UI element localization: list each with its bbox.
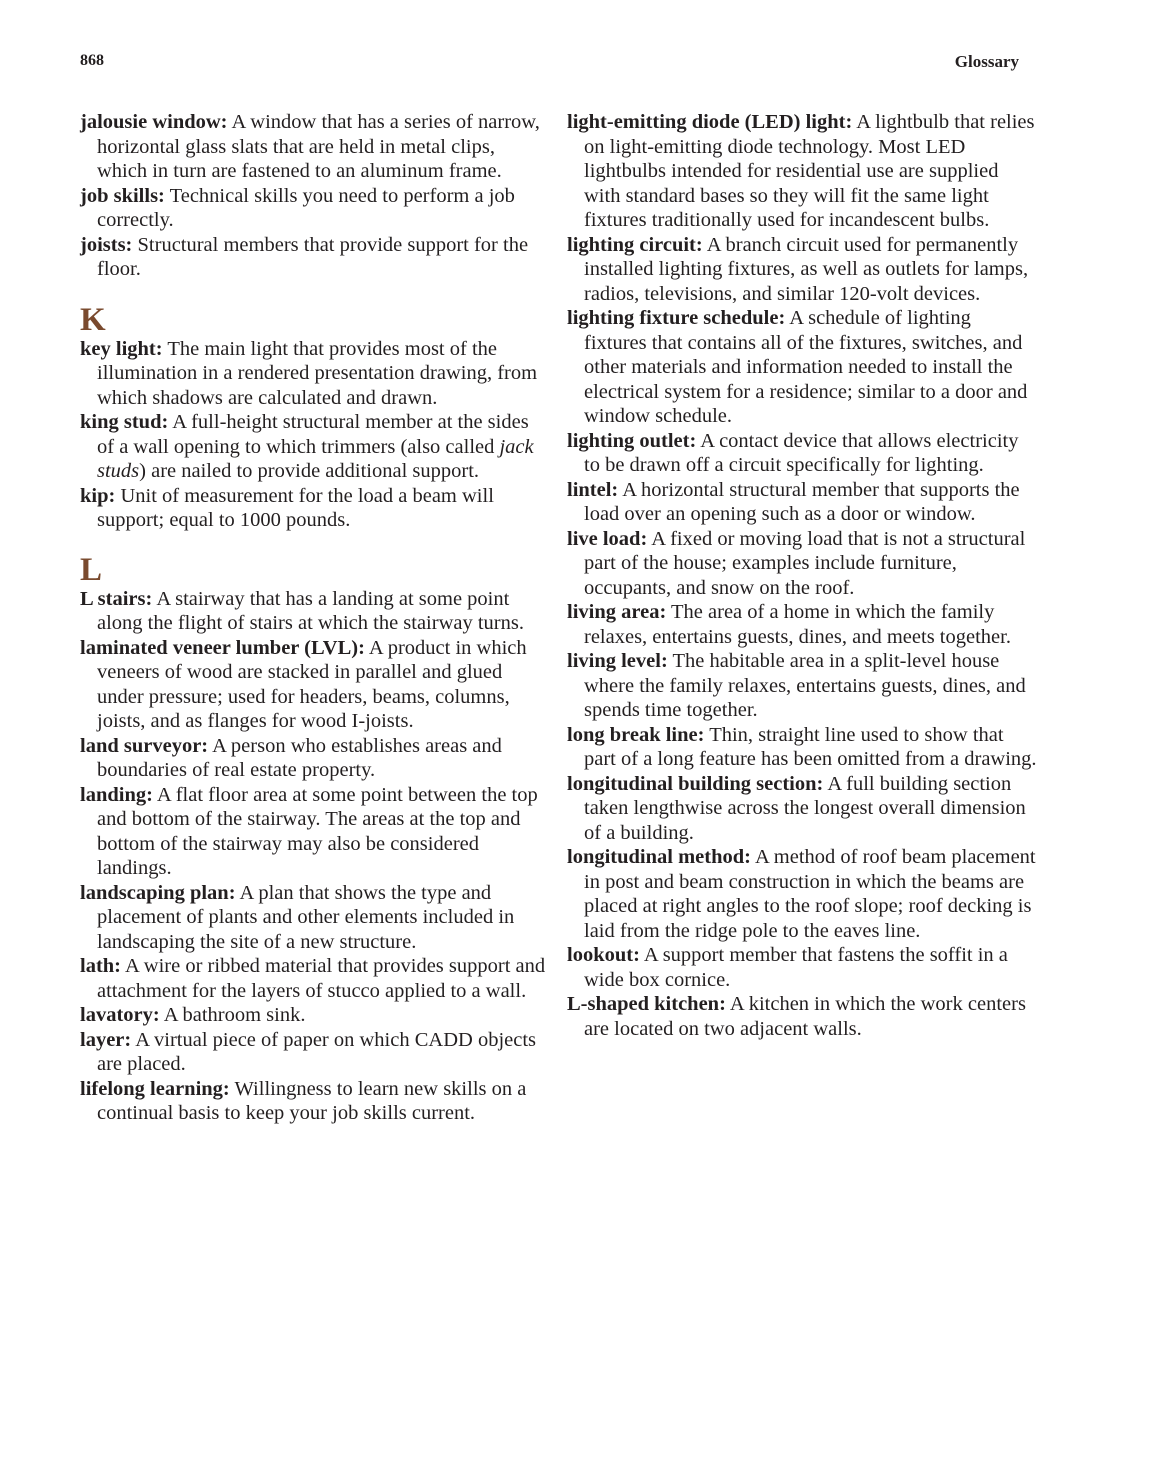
glossary-term: layer: xyxy=(80,1029,131,1051)
glossary-term: L stairs: xyxy=(80,588,152,610)
glossary-entry: lighting fixture schedule: A schedule of… xyxy=(567,306,1037,429)
glossary-entry: key light: The main light that provides … xyxy=(80,337,550,411)
glossary-entry: jalousie window: A window that has a ser… xyxy=(80,110,550,184)
glossary-term: light-emitting diode (LED) light: xyxy=(567,111,852,133)
glossary-term: kip: xyxy=(80,485,115,507)
glossary-term: laminated veneer lumber (LVL): xyxy=(80,637,365,659)
glossary-entry: longitudinal building section: A full bu… xyxy=(567,772,1037,846)
letter-heading-k: K xyxy=(80,303,550,337)
glossary-entry: layer: A virtual piece of paper on which… xyxy=(80,1028,550,1077)
glossary-entry: light-emitting diode (LED) light: A ligh… xyxy=(567,110,1037,233)
glossary-entry: L-shaped kitchen: A kitchen in which the… xyxy=(567,992,1037,1041)
glossary-column-left: jalousie window: A window that has a ser… xyxy=(80,110,550,1126)
glossary-term: lavatory: xyxy=(80,1004,160,1026)
glossary-term: lighting circuit: xyxy=(567,234,703,256)
glossary-definition: The main light that provides most of the… xyxy=(97,338,537,409)
glossary-entry: job skills: Technical skills you need to… xyxy=(80,184,550,233)
glossary-term: landscaping plan: xyxy=(80,882,236,904)
glossary-term: L-shaped kitchen: xyxy=(567,993,726,1015)
glossary-entry: landscaping plan: A plan that shows the … xyxy=(80,881,550,955)
glossary-term: living area: xyxy=(567,601,666,623)
glossary-entry: lifelong learning: Willingness to learn … xyxy=(80,1077,550,1126)
glossary-definition: A fixed or moving load that is not a str… xyxy=(584,528,1025,599)
glossary-entry: longitudinal method: A method of roof be… xyxy=(567,845,1037,943)
glossary-term: lifelong learning: xyxy=(80,1078,230,1100)
glossary-entry: living area: The area of a home in which… xyxy=(567,600,1037,649)
glossary-term: lintel: xyxy=(567,479,618,501)
glossary-entry: land surveyor: A person who establishes … xyxy=(80,734,550,783)
glossary-term: longitudinal method: xyxy=(567,846,751,868)
glossary-term: jalousie window: xyxy=(80,111,228,133)
glossary-definition: A flat floor area at some point between … xyxy=(97,784,538,880)
glossary-term: live load: xyxy=(567,528,647,550)
glossary-term: job skills: xyxy=(80,185,165,207)
glossary-entry: king stud: A full-height structural memb… xyxy=(80,410,550,484)
glossary-entry: joists: Structural members that provide … xyxy=(80,233,550,282)
glossary-term: lighting outlet: xyxy=(567,430,696,452)
glossary-entry: lighting circuit: A branch circuit used … xyxy=(567,233,1037,307)
glossary-term: king stud: xyxy=(80,411,168,433)
glossary-entry: kip: Unit of measurement for the load a … xyxy=(80,484,550,533)
glossary-entry: long break line: Thin, straight line use… xyxy=(567,723,1037,772)
glossary-entry: living level: The habitable area in a sp… xyxy=(567,649,1037,723)
section-title: Glossary xyxy=(955,52,1019,72)
glossary-term: lighting fixture schedule: xyxy=(567,307,785,329)
glossary-definition: A support member that fastens the soffit… xyxy=(584,944,1008,991)
glossary-term: joists: xyxy=(80,234,132,256)
glossary-entry: lighting outlet: A contact device that a… xyxy=(567,429,1037,478)
glossary-term: lath: xyxy=(80,955,121,977)
glossary-definition: Unit of measurement for the load a beam … xyxy=(97,485,494,532)
glossary-term: key light: xyxy=(80,338,163,360)
glossary-definition: A horizontal structural member that supp… xyxy=(584,479,1020,526)
glossary-definition: A virtual piece of paper on which CADD o… xyxy=(97,1029,536,1076)
glossary-term: longitudinal building section: xyxy=(567,773,823,795)
glossary-term: landing: xyxy=(80,784,153,806)
glossary-entry: L stairs: A stairway that has a landing … xyxy=(80,587,550,636)
glossary-term: long break line: xyxy=(567,724,704,746)
glossary-entry: laminated veneer lumber (LVL): A product… xyxy=(80,636,550,734)
glossary-definition: A bathroom sink. xyxy=(160,1004,306,1026)
glossary-column-right: light-emitting diode (LED) light: A ligh… xyxy=(567,110,1037,1041)
glossary-entry: lath: A wire or ribbed material that pro… xyxy=(80,954,550,1003)
glossary-entry: landing: A flat floor area at some point… xyxy=(80,783,550,881)
glossary-entry: lavatory: A bathroom sink. xyxy=(80,1003,550,1028)
letter-heading-l: L xyxy=(80,553,550,587)
glossary-definition: A stairway that has a landing at some po… xyxy=(97,588,524,635)
glossary-definition: Structural members that provide support … xyxy=(97,234,528,281)
glossary-term: land surveyor: xyxy=(80,735,208,757)
page-number: 868 xyxy=(80,52,104,70)
glossary-definition: ) are nailed to provide additional suppo… xyxy=(139,460,479,482)
glossary-term: lookout: xyxy=(567,944,640,966)
glossary-entry: live load: A fixed or moving load that i… xyxy=(567,527,1037,601)
glossary-entry: lintel: A horizontal structural member t… xyxy=(567,478,1037,527)
glossary-entry: lookout: A support member that fastens t… xyxy=(567,943,1037,992)
glossary-definition: A wire or ribbed material that provides … xyxy=(97,955,545,1002)
glossary-term: living level: xyxy=(567,650,668,672)
